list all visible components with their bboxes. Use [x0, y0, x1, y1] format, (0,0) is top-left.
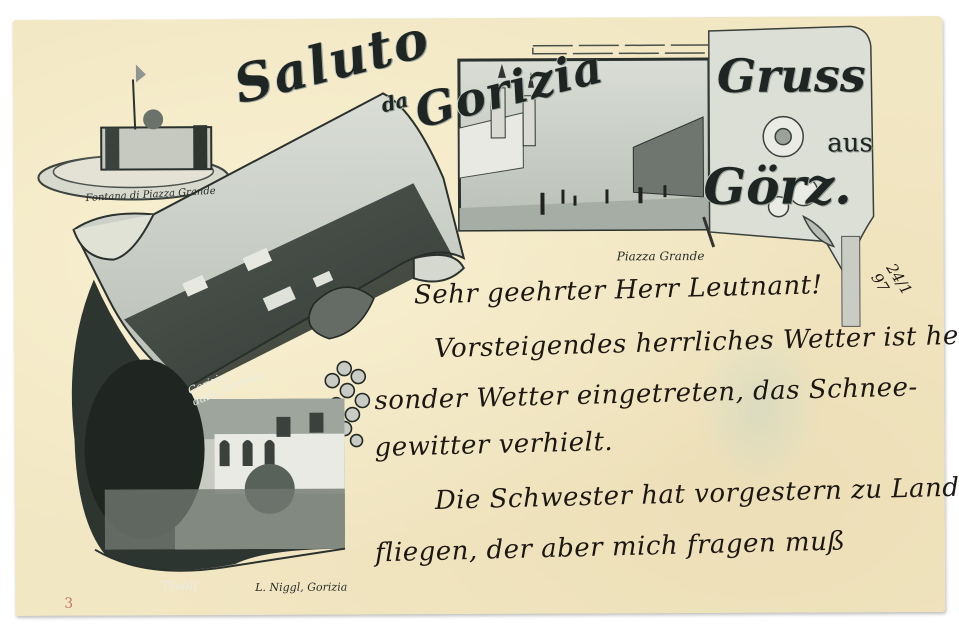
fountain-vignette — [38, 64, 229, 200]
headline-goerz: Görz. — [703, 156, 851, 216]
caption-piazza-grande: Piazza Grande — [617, 249, 705, 263]
postcard: Saluto da Gorizia Gruss aus Görz. Fontan… — [13, 16, 946, 616]
headline-aus: aus — [827, 128, 873, 158]
publisher-imprint: L. Niggl, Gorizia — [255, 581, 347, 594]
headline-gruss: Gruss — [717, 48, 866, 103]
caption-tivoli: Tivoli — [161, 579, 197, 594]
message-line: gewitter verhielt. — [374, 427, 613, 463]
print-number: 3 — [64, 596, 73, 612]
